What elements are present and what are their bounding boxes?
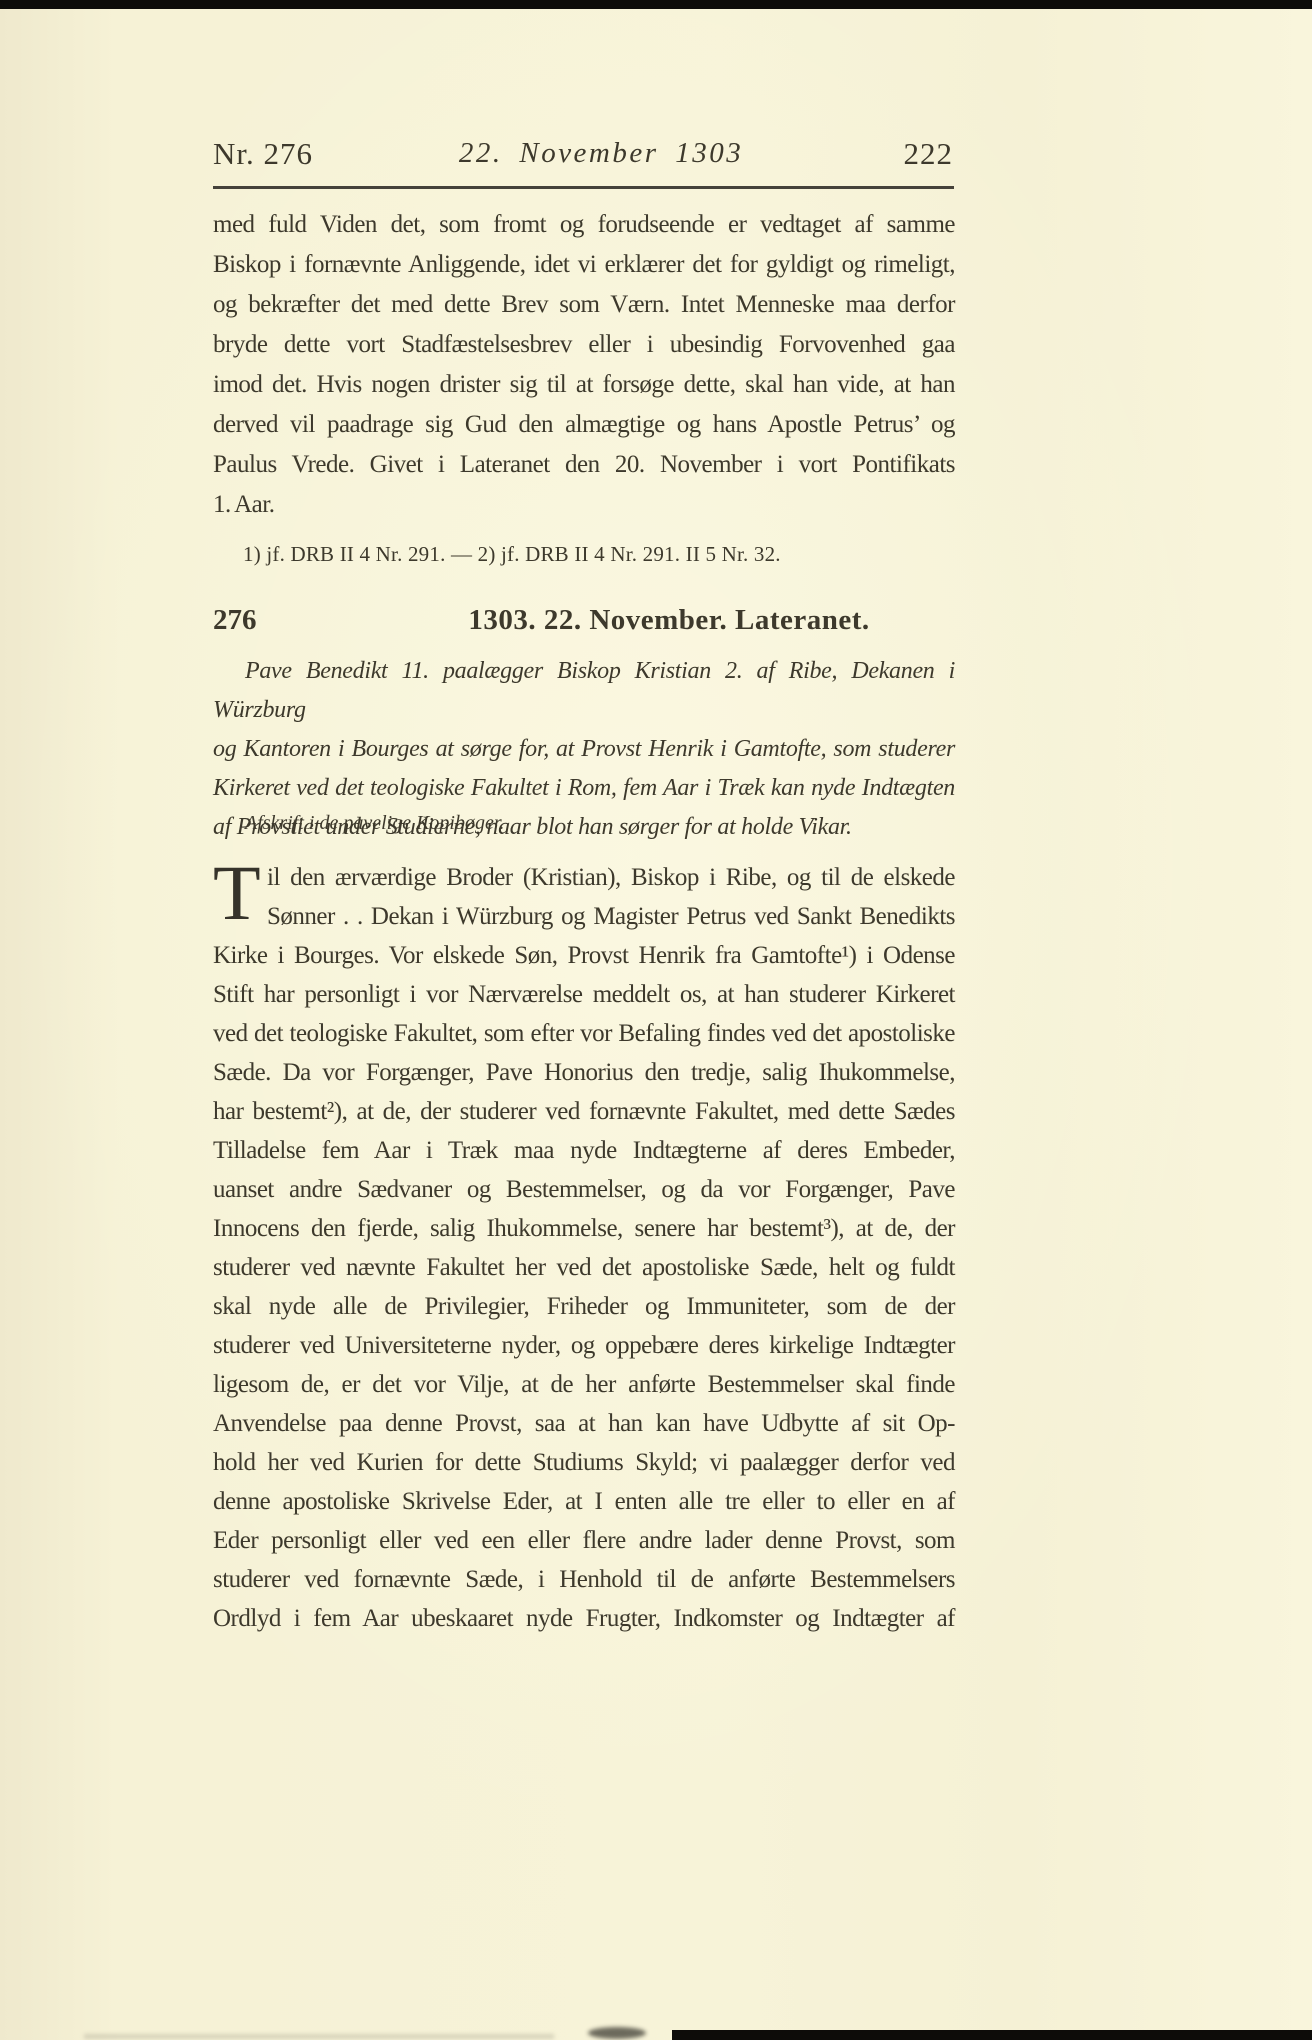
text-line: og Kantoren i Bourges at sørge for, at P… [213, 730, 955, 769]
text-line: Sønner . . Dekan i Würzburg og Magister … [213, 897, 955, 936]
scan-edge-bar-top [0, 0, 1312, 9]
page-number: 222 [904, 136, 954, 172]
text-line: Kirke i Bourges. Vor elskede Søn, Provst… [213, 936, 955, 975]
footnote-line: 1) jf. DRB II 4 Nr. 291. — 2) jf. DRB II… [243, 542, 955, 567]
entry-heading: 1303. 22. November. Lateranet. [213, 604, 955, 637]
text-line: har bestemt²), at de, der studerer ved f… [213, 1092, 955, 1131]
header-date: 22. November 1303 [459, 137, 743, 170]
text-line: Eder personligt eller ved een eller fler… [213, 1521, 955, 1560]
text-line: Kirkeret ved det teologiske Fakultet i R… [213, 769, 955, 808]
text-line: studerer ved nævnte Fakultet her ved det… [213, 1248, 955, 1287]
text-line: Anvendelse paa denne Provst, saa at han … [213, 1404, 955, 1443]
entry-heading-row: 276 1303. 22. November. Lateranet. [213, 604, 955, 644]
text-line: 1. Aar. [213, 485, 955, 525]
text-line: Stift har personligt i vor Nærværelse me… [213, 975, 955, 1014]
letter-body: T il den ærværdige Broder (Kristian), Bi… [213, 858, 955, 1638]
text-line: skal nyde alle de Privilegier, Friheder … [213, 1287, 955, 1326]
ink-smudge [588, 2027, 646, 2039]
text-line: uanset andre Sædvaner og Bestemmelser, o… [213, 1170, 955, 1209]
text-line: Paulus Vrede. Givet i Lateranet den 20. … [213, 445, 955, 485]
previous-document-continuation: med fuld Viden det, som fromt og forudse… [213, 205, 955, 525]
text-line: bryde dette vort Stadfæstelsesbrev eller… [213, 325, 955, 365]
text-line: derved vil paadrage sig Gud den almægtig… [213, 405, 955, 445]
text-line: ligesom de, er det vor Vilje, at de her … [213, 1365, 955, 1404]
text-line: Innocens den fjerde, salig Ihukommelse, … [213, 1209, 955, 1248]
text-line: Tilladelse fem Aar i Træk maa nyde Indtæ… [213, 1131, 955, 1170]
text-line: studerer ved fornævnte Sæde, i Henhold t… [213, 1560, 955, 1599]
drop-cap-initial: T [213, 861, 259, 933]
text-line: Biskop i fornævnte Anliggende, idet vi e… [213, 245, 955, 285]
header-rule [213, 186, 954, 189]
scan-edge-bar-bottom [672, 2030, 1312, 2040]
text-line: studerer ved Universiteterne nyder, og o… [213, 1326, 955, 1365]
source-note: Afskrift i de pavelige Kopibøger. [245, 812, 945, 835]
text-line: ved det teologiske Fakultet, som efter v… [213, 1014, 955, 1053]
text-line: denne apostoliske Skrivelse Eder, at I e… [213, 1482, 955, 1521]
text-line: Sæde. Da vor Forgænger, Pave Honorius de… [213, 1053, 955, 1092]
document-number: Nr. 276 [213, 136, 313, 172]
text-line: Pave Benedikt 11. paalægger Biskop Krist… [213, 652, 955, 730]
text-line: med fuld Viden det, som fromt og forudse… [213, 205, 955, 245]
scan-smudge-streak [84, 2034, 554, 2039]
text-line: og bekræfter det med dette Brev som Værn… [213, 285, 955, 325]
page-header: Nr. 276 22. November 1303 222 [213, 136, 955, 180]
text-line: il den ærværdige Broder (Kristian), Bisk… [213, 858, 955, 897]
text-line: imod det. Hvis nogen drister sig til at … [213, 365, 955, 405]
text-line: Ordlyd i fem Aar ubeskaaret nyde Frugter… [213, 1599, 955, 1638]
text-line: hold her ved Kurien for dette Studiums S… [213, 1443, 955, 1482]
